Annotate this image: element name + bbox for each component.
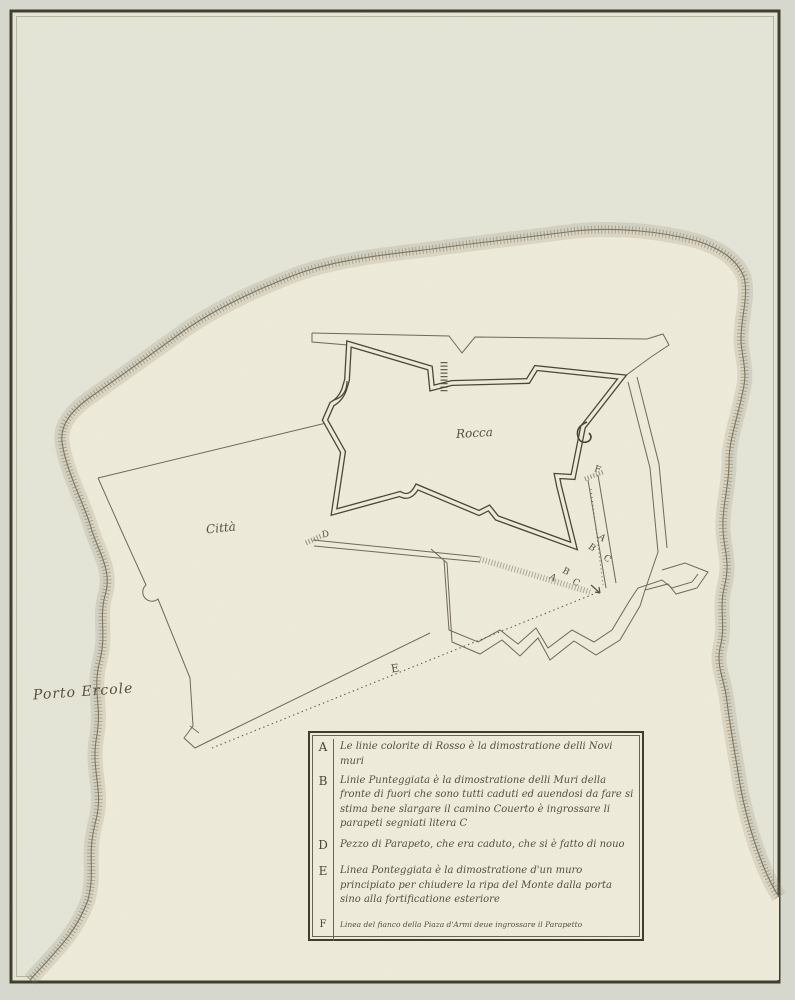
map-sheet: Porto Ercole Rocca Città D E F A B C A B… (0, 0, 795, 1000)
legend-inner-frame: A Le linie colorite di Rosso è la dimost… (312, 735, 640, 937)
legend-text-e: Linea Ponteggiata è la dimostratione d'u… (333, 863, 639, 916)
legend-text-b: Linie Punteggiata è la dimostratione del… (333, 773, 639, 838)
legend-row-d: D Pezzo di Parapeto, che era caduto, che… (313, 837, 639, 864)
legend-row-b: B Linie Punteggiata è la dimostratione d… (313, 773, 639, 837)
legend-row-e: E Linea Ponteggiata è la dimostratione d… (313, 863, 639, 915)
legend-text-f: Linea del fianco della Piaza d'Armi deue… (333, 915, 639, 941)
legend-text-a: Le linie colorite di Rosso è la dimostra… (333, 739, 639, 774)
legend-key-a: A (313, 739, 333, 754)
legend-key-f: F (313, 915, 333, 930)
legend-key-b: B (313, 773, 333, 788)
legend-box: A Le linie colorite di Rosso è la dimost… (308, 731, 644, 941)
legend-key-d: D (313, 837, 333, 852)
legend-row-f: F Linea del fianco della Piaza d'Armi de… (313, 915, 639, 936)
legend-key-e: E (313, 863, 333, 878)
legend-text-d: Pezzo di Parapeto, che era caduto, che s… (333, 837, 639, 865)
legend-row-a: A Le linie colorite di Rosso è la dimost… (313, 739, 639, 773)
